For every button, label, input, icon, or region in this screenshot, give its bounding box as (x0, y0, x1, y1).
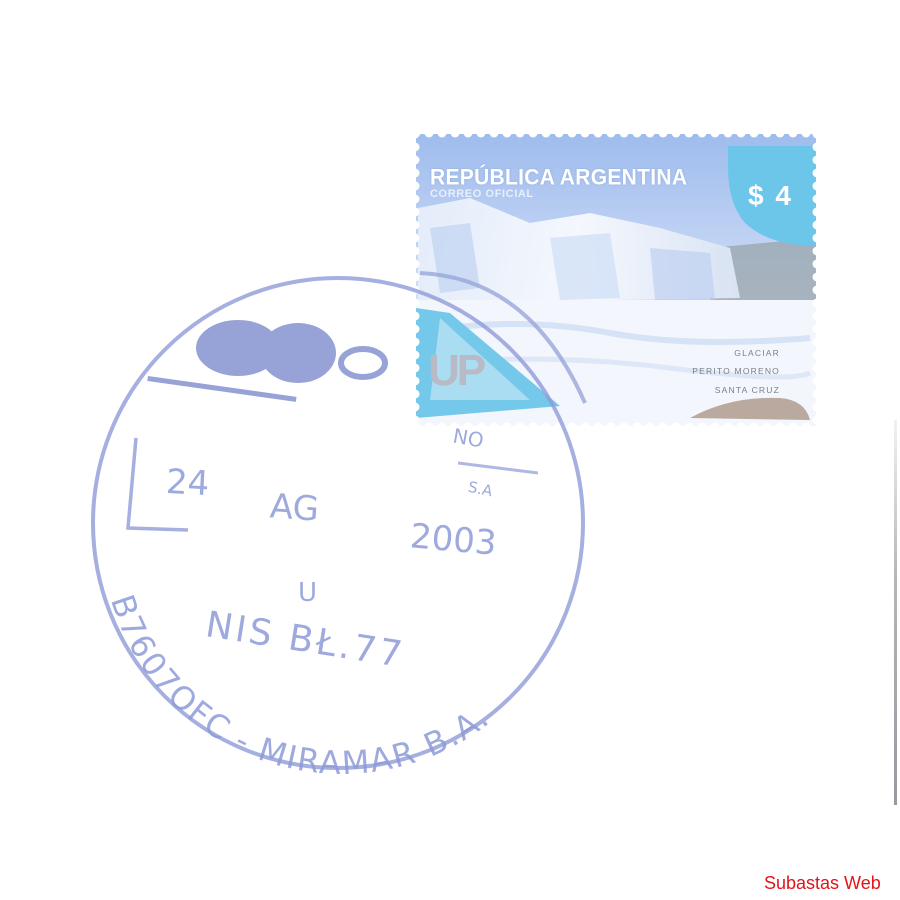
watermark-subastas-web: Subastas Web (764, 873, 881, 894)
stamp-service: CORREO OFICIAL (430, 188, 534, 200)
postmark-day: 24 (165, 462, 210, 504)
postmark-ring: B7607OFC - MIRAMAR B.A. (88, 258, 588, 778)
postmark-line-u: U (298, 578, 317, 608)
postmark-fragment: NO (451, 424, 485, 453)
stamp-caption-line: GLACIAR (734, 348, 780, 358)
stamp-country: REPÚBLICA ARGENTINA (430, 165, 687, 190)
postmark-month: AG (269, 486, 321, 529)
postmark-cancellation: B7607OFC - MIRAMAR B.A. NO S.A 24 AG 200… (88, 258, 588, 778)
postmark-year: 2003 (408, 516, 498, 563)
stamp-caption-line: SANTA CRUZ (715, 385, 780, 395)
scan-edge-line (894, 420, 897, 805)
stamp-value: $ 4 (748, 180, 793, 212)
stamp-caption-line: PERITO MORENO (692, 366, 780, 376)
